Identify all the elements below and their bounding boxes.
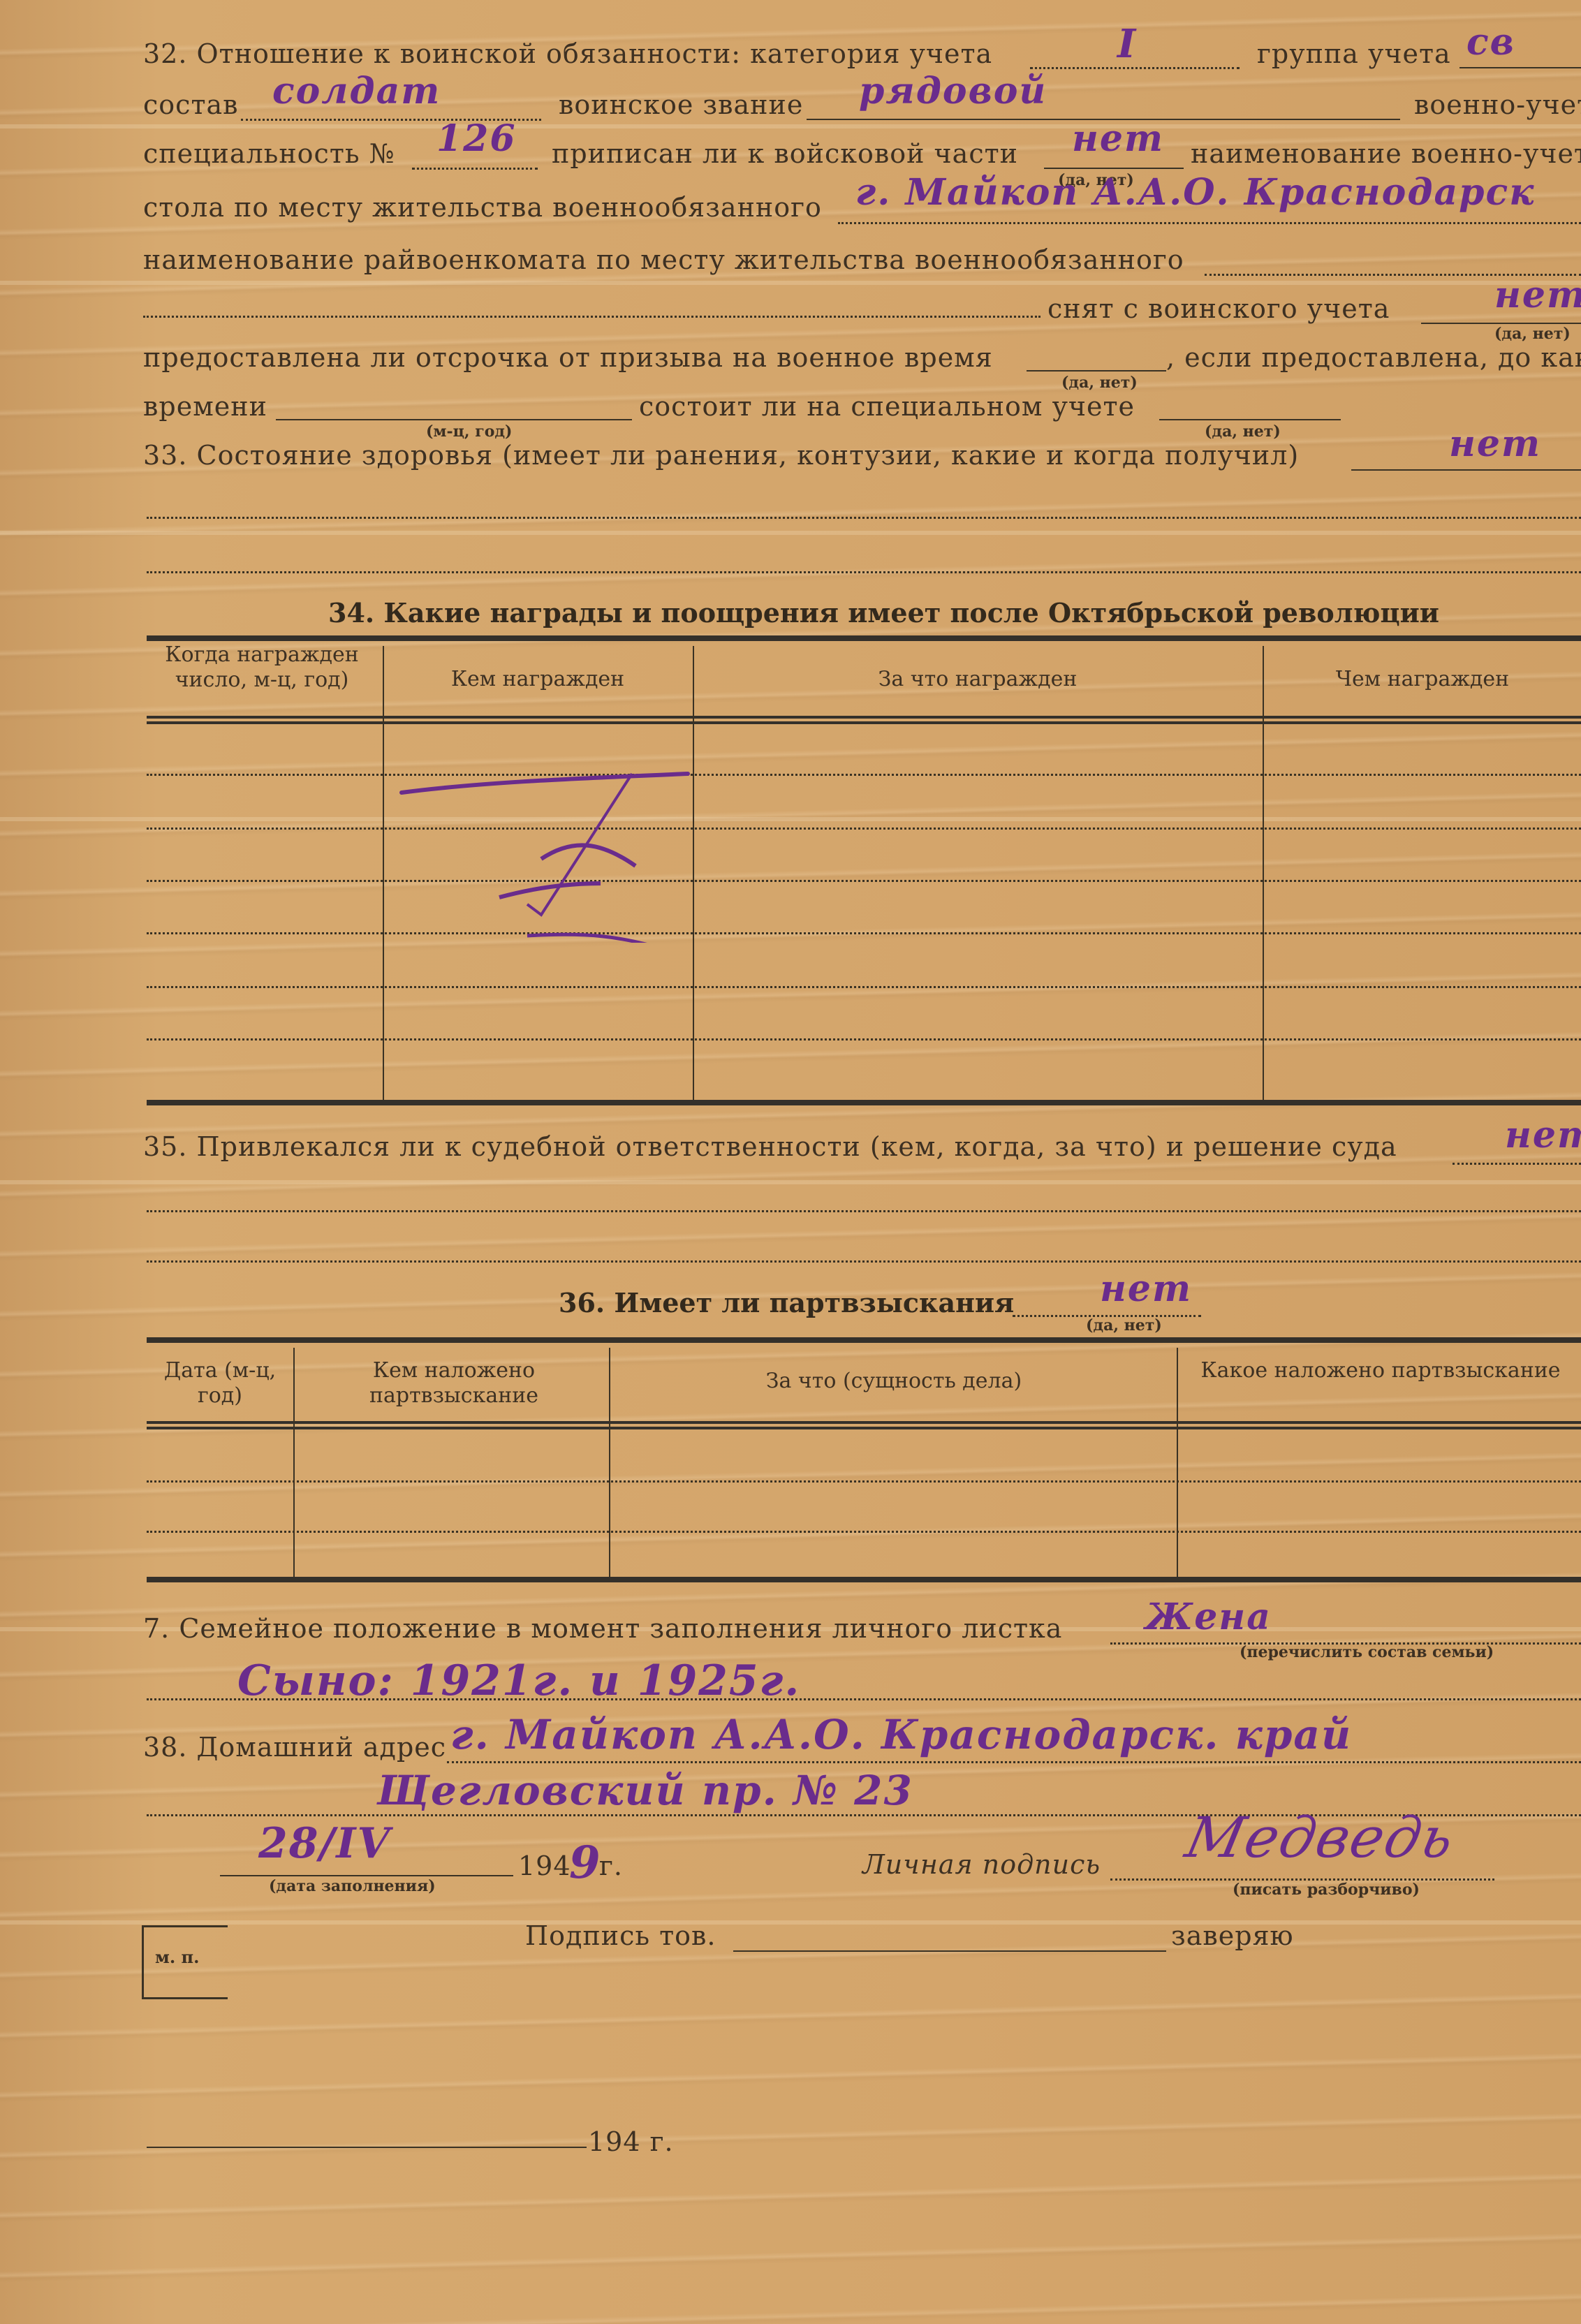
- q33-value[interactable]: нет: [1449, 422, 1541, 465]
- date-hint: (дата заполнения): [269, 1877, 436, 1895]
- q38-label: 38. Домашний адрес: [143, 1732, 446, 1763]
- q34-row-line: [147, 880, 1581, 882]
- q36-col-for-what: За что (сущность дела): [611, 1369, 1177, 1394]
- q36-row-line: [147, 1480, 1581, 1483]
- specialty-line: [412, 168, 538, 170]
- bottom-year: 194 г.: [588, 2126, 674, 2157]
- specialty-label: специальность №: [143, 138, 395, 169]
- removed-value[interactable]: нет: [1494, 274, 1581, 316]
- q36-col-by-whom: Кем наложено партвзыскание: [300, 1358, 608, 1409]
- year-prefix: 194: [518, 1851, 571, 1881]
- q34-col-for-what: За что награжден: [695, 667, 1260, 692]
- q34-col-when: Когда награжден число, м-ц, год): [147, 642, 377, 693]
- q33-line-3: [147, 571, 1581, 573]
- assigned-label: приписан ли к войсковой части: [552, 138, 1018, 169]
- date-line: [220, 1875, 513, 1876]
- q36-value[interactable]: нет: [1100, 1267, 1192, 1310]
- q36-row-line: [147, 1531, 1581, 1533]
- q33-label: 33. Состояние здоровья (имеет ли ранения…: [143, 440, 1299, 471]
- desk-residence-label: стола по месту жительства военнообязанно…: [143, 192, 822, 223]
- q36-col-divider: [293, 1348, 295, 1578]
- special-reg-hint: (да, нет): [1205, 422, 1281, 441]
- removed-hint: (да, нет): [1494, 325, 1571, 343]
- assigned-value[interactable]: нет: [1072, 117, 1164, 160]
- q37-value-line2[interactable]: Сыно: 1921г. и 1925г.: [237, 1656, 800, 1705]
- q33-line: [1351, 469, 1581, 471]
- q32-label: 32. Отношение к воинской обязанности: ка…: [143, 38, 992, 69]
- q35-label: 35. Привлекался ли к судебной ответствен…: [143, 1131, 1397, 1162]
- q36-col-penalty: Какое наложено партвзыскание: [1180, 1358, 1581, 1383]
- composition-value[interactable]: солдат: [272, 70, 441, 112]
- removed-label: снят с воинского учета: [1047, 293, 1390, 324]
- composition-label: состав: [143, 89, 239, 120]
- signature-value[interactable]: Медведь: [1180, 1805, 1461, 1870]
- q37-label: 7. Семейное положение в момент заполнени…: [143, 1613, 1062, 1644]
- q34-row-line: [147, 1038, 1581, 1040]
- specialty-value[interactable]: 126: [436, 117, 517, 160]
- q37-hint: (перечислить состав семьи): [1240, 1643, 1494, 1661]
- deferment-line: [1027, 370, 1166, 372]
- bottom-date-line: [147, 2147, 587, 2148]
- q36-title: 36. Имеет ли партвзыскания: [559, 1287, 1014, 1318]
- q34-top-rule: [147, 635, 1581, 641]
- time-label: времени: [143, 391, 267, 422]
- q34-col-divider: [1263, 646, 1264, 1100]
- deferment-label: предоставлена ли отсрочка от призыва на …: [143, 342, 993, 373]
- specialty-tail-label: военно-учет: [1414, 89, 1581, 120]
- q34-row-line: [147, 774, 1581, 776]
- q37-value[interactable]: Жена: [1145, 1596, 1272, 1638]
- stamp-label: м. п.: [155, 1947, 199, 1967]
- q35-line-2: [147, 1210, 1581, 1212]
- q34-row-line: [147, 828, 1581, 830]
- q36-header-rule: [147, 1421, 1581, 1429]
- q33-line-2: [147, 517, 1581, 519]
- category-line: [1030, 67, 1240, 69]
- raivoenkomat-label: наименование райвоенкомата по месту жите…: [143, 244, 1184, 275]
- desk-residence-value[interactable]: г. Майкоп А.А.О. Краснодарск: [855, 171, 1535, 214]
- q34-header-rule: [147, 716, 1581, 724]
- q36-col-date: Дата (м-ц, год): [147, 1358, 293, 1409]
- group-value[interactable]: св: [1466, 21, 1515, 64]
- group-label: группа учета: [1257, 38, 1451, 69]
- time-line: [276, 419, 632, 420]
- signature-hint: (писать разборчиво): [1233, 1881, 1420, 1899]
- q34-row-line: [147, 986, 1581, 988]
- raivoenkomat-line-2: [143, 316, 1040, 318]
- comrade-signature-line: [733, 1950, 1166, 1952]
- rank-value[interactable]: рядовой: [859, 70, 1047, 112]
- personal-signature-label: Личная подпись: [862, 1849, 1101, 1880]
- q38-value-line2[interactable]: Щегловский пр. № 23: [377, 1767, 913, 1814]
- deferment-hint: (да, нет): [1061, 374, 1138, 392]
- desk-name-label: наименование военно-учетн: [1191, 138, 1581, 169]
- deferment-until-label: , если предоставлена, до как: [1166, 342, 1581, 373]
- q34-col-what-award: Чем награжден: [1264, 667, 1581, 692]
- desk-residence-line: [838, 222, 1581, 224]
- time-hint: (м-ц, год): [426, 422, 512, 441]
- year-suffix: г.: [599, 1851, 623, 1881]
- certify-label: заверяю: [1171, 1920, 1294, 1951]
- q38-line: [447, 1761, 1581, 1763]
- rank-label: воинское звание: [559, 89, 803, 120]
- q36-col-divider: [1177, 1348, 1178, 1578]
- q36-top-rule: [147, 1337, 1581, 1343]
- q36-bottom-rule: [147, 1577, 1581, 1582]
- q34-title: 34. Какие награды и поощрения имеет посл…: [328, 597, 1439, 628]
- strikethrough-mark-icon: [377, 768, 726, 943]
- removed-line: [1421, 323, 1581, 324]
- category-value[interactable]: I: [1117, 21, 1137, 67]
- q35-line-3: [147, 1260, 1581, 1263]
- q35-line: [1453, 1163, 1581, 1165]
- q36-col-divider: [609, 1348, 610, 1578]
- special-reg-line: [1159, 419, 1341, 420]
- date-value[interactable]: 28/IV: [258, 1819, 391, 1868]
- q38-value-line1[interactable]: г. Майкоп А.А.О. Краснодарск. край: [450, 1711, 1352, 1758]
- year-ink[interactable]: 9: [569, 1837, 602, 1889]
- group-line: [1459, 67, 1581, 68]
- comrade-signature-label: Подпись тов.: [525, 1920, 716, 1951]
- q34-col-by-whom: Кем награжден: [384, 667, 691, 692]
- q34-row-line: [147, 932, 1581, 934]
- q36-hint: (да, нет): [1086, 1316, 1162, 1334]
- special-reg-label: состоит ли на специальном учете: [639, 391, 1135, 422]
- assigned-line: [1044, 168, 1184, 169]
- q34-bottom-rule: [147, 1100, 1581, 1105]
- q35-value[interactable]: нет: [1505, 1114, 1581, 1156]
